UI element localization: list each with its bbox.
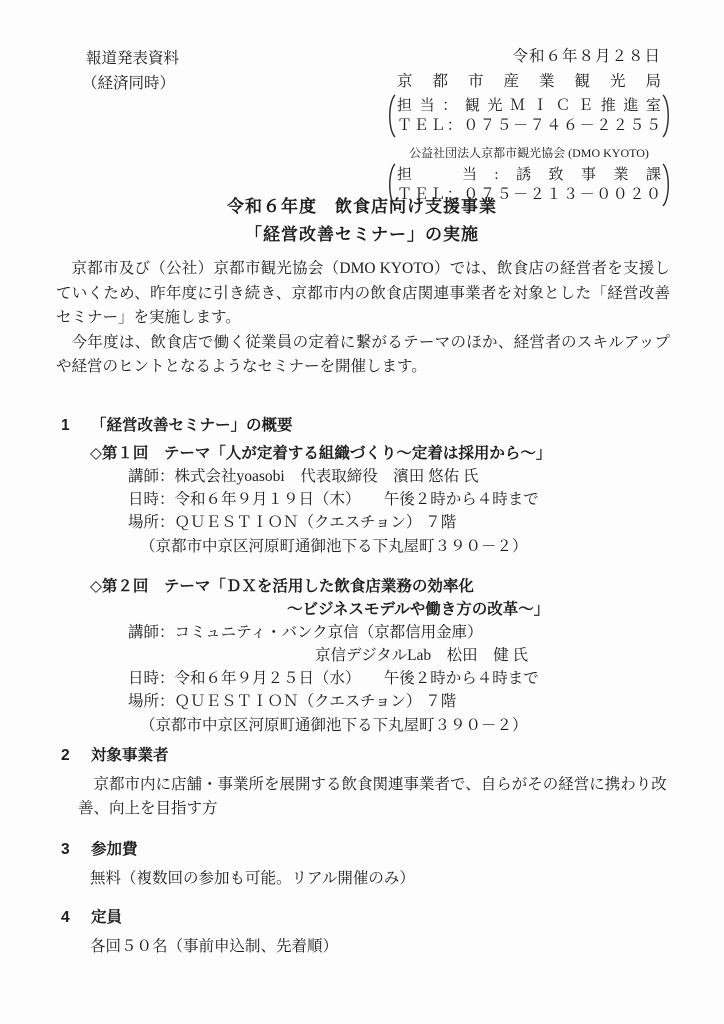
seminar-2-title-line-2: ～ビジネスモデルや働き方の改革～」 [287,598,686,621]
seminar-1-details: 講師：株式会社yoasobi 代表取締役 濱田 悠佑 氏 日時：令和６年９月１９… [128,465,686,558]
section-4-title: 定員 [91,906,122,930]
doc-type-sublabel: （経済同時） [82,71,179,96]
section-capacity: 4 定員 各回５０名（事前申込制、先着順） [56,906,686,959]
seminar-2-address: （京都市中京区河原町通御池下る下丸屋町３９０－２） [140,714,686,737]
seminar-1-lecturer: 講師：株式会社yoasobi 代表取締役 濱田 悠佑 氏 [128,465,686,488]
release-date: 令和６年８月２８日 [384,46,674,68]
section-2-body: 京都市内に店舗・事業所を展開する飲食関連事業者で、自らがその経営に携わり改善、向… [78,773,686,821]
section-4-heading: 4 定員 [56,906,686,930]
seminar-1-address: （京都市中京区河原町通御池下る下丸屋町３９０－２） [140,535,686,558]
section-3-number: 3 [56,838,91,862]
seminar-1-datetime: 日時：令和６年９月１９日（木） 午後２時から４時まで [128,488,686,511]
title-line-2: 「経営改善セミナー」の実施 [0,221,724,249]
seminar-2-block: ◇第２回 テーマ「ＤＸを活用した飲食店業務の効率化 ～ビジネスモデルや働き方の改… [90,575,686,737]
section-3-body: 無料（複数回の参加も可能。リアル開催のみ） [90,867,686,891]
seminar-2-datetime: 日時：令和６年９月２５日（水） 午後２時から４時まで [128,667,686,690]
bracket-open-icon [384,93,397,139]
contact-city-org: 京都市産業観光局 [397,71,661,92]
contact-city-dept: 担当：観光ＭＩＣＥ推進室 [397,96,661,116]
section-4-number: 4 [56,906,91,930]
doc-type-label: 報道発表資料 [86,46,179,71]
section-2-number: 2 [56,744,91,768]
issuer-block: 令和６年８月２８日 京都市産業観光局 担当：観光ＭＩＣＥ推進室 ＴＥＬ：０７５－… [384,46,674,208]
section-eligible-businesses: 2 対象事業者 京都市内に店舗・事業所を展開する飲食関連事業者で、自らがその経営… [56,744,686,821]
section-seminar-overview: 1 「経営改善セミナー」の概要 ◇第１回 テーマ「人が定着する組織づくり～定着は… [56,414,686,737]
section-1-title: 「経営改善セミナー」の概要 [91,414,293,438]
section-1-number: 1 [56,414,91,438]
seminar-2-title-line-1: ◇第２回 テーマ「ＤＸを活用した飲食店業務の効率化 [90,575,686,598]
contact-dmo-dept: 担 当:誘致事業課 [397,165,661,185]
section-3-heading: 3 参加費 [56,838,686,862]
seminar-1-title: ◇第１回 テーマ「人が定着する組織づくり～定着は採用から～」 [90,442,686,465]
section-4-body: 各回５０名（事前申込制、先着順） [90,935,686,959]
bracket-close-icon [661,93,674,139]
title-line-1: 令和６年度 飲食店向け支援事業 [0,193,724,221]
contact-dmo-org: 公益社団法人京都市観光協会 (DMO KYOTO) [397,145,661,161]
contact-city-block: 京都市産業観光局 担当：観光ＭＩＣＥ推進室 ＴＥＬ：０７５－７４６－２２５５ [384,71,674,139]
seminar-2-details: 講師：コミュニティ・バンク京信（京都信用金庫） 京信デジタルLab 松田 健 氏… [128,621,686,737]
seminar-1-venue: 場所：ＱＵＥＳＴＩＯＮ（クエスチョン） ７階 [128,511,686,534]
contact-city-bracket: 担当：観光ＭＩＣＥ推進室 ＴＥＬ：０７５－７４６－２２５５ [384,93,674,139]
section-2-heading: 2 対象事業者 [56,744,686,768]
intro-paragraph-1: 京都市及び（公社）京都市観光協会（DMO KYOTO）では、飲食店の経営者を支援… [56,257,670,331]
press-release-page: 報道発表資料 （経済同時） 令和６年８月２８日 京都市産業観光局 担当：観光ＭＩ… [0,0,724,1024]
intro-paragraphs: 京都市及び（公社）京都市観光協会（DMO KYOTO）では、飲食店の経営者を支援… [56,257,670,380]
contact-city-tel: ＴＥＬ：０７５－７４６－２２５５ [397,116,661,136]
section-3-title: 参加費 [91,838,138,862]
seminar-2-venue: 場所：ＱＵＥＳＴＩＯＮ（クエスチョン） ７階 [128,690,686,713]
document-title: 令和６年度 飲食店向け支援事業 「経営改善セミナー」の実施 [0,193,724,249]
seminar-2-lecturer-line-1: 講師：コミュニティ・バンク京信（京都信用金庫） [128,621,686,644]
section-1-heading: 1 「経営改善セミナー」の概要 [56,414,686,438]
section-participation-fee: 3 参加費 無料（複数回の参加も可能。リアル開催のみ） [56,838,686,891]
document-header: 報道発表資料 （経済同時） 令和６年８月２８日 京都市産業観光局 担当：観光ＭＩ… [86,46,674,208]
section-2-title: 対象事業者 [91,744,169,768]
doc-type-block: 報道発表資料 （経済同時） [86,46,179,208]
contact-city-lines: 担当：観光ＭＩＣＥ推進室 ＴＥＬ：０７５－７４６－２２５５ [397,96,661,136]
seminar-1-block: ◇第１回 テーマ「人が定着する組織づくり～定着は採用から～」 講師：株式会社yo… [90,442,686,558]
intro-paragraph-2: 今年度は、飲食店で働く従業員の定着に繋がるテーマのほか、経営者のスキルアップや経… [56,331,670,380]
seminar-2-lecturer-line-2: 京信デジタルLab 松田 健 氏 [315,644,686,667]
